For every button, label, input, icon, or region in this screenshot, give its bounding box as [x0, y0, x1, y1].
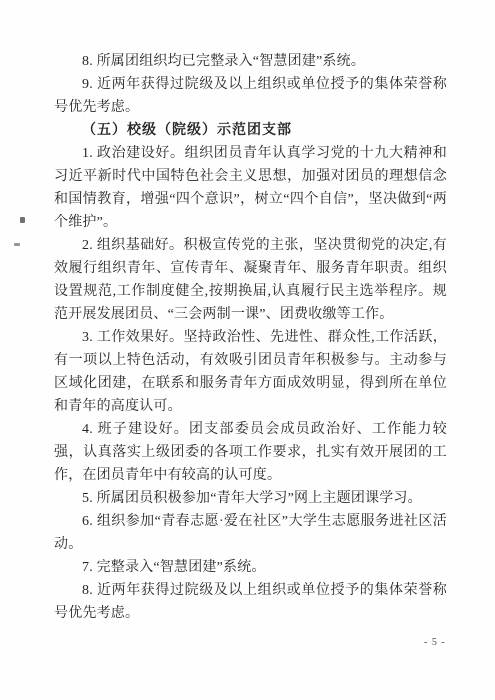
scan-artifact-speck	[14, 243, 20, 246]
document-body: 8. 所属团组织均已完整录入“智慧团建”系统。 9. 近两年获得过院级及以上组织…	[54, 50, 447, 625]
page-number: - 5 -	[424, 637, 446, 648]
list-item-8: 8. 所属团组织均已完整录入“智慧团建”系统。	[54, 50, 447, 73]
scan-artifact-speck	[20, 217, 25, 223]
criterion-5-study: 5. 所属团员积极参加“青年大学习”网上主题团课学习。	[54, 487, 447, 510]
criterion-2-organization: 2. 组织基础好。积极宣传党的主张，坚决贯彻党的决定,有效履行组织青年、宣传青年…	[54, 234, 447, 326]
criterion-1-political: 1. 政治建设好。组织团员青年认真学习党的十九大精神和习近平新时代中国特色社会主…	[54, 142, 447, 234]
criterion-6-volunteer: 6. 组织参加“青春志愿·爱在社区”大学生志愿服务进社区活动。	[54, 510, 447, 556]
criterion-7-system: 7. 完整录入“智慧团建”系统。	[54, 556, 447, 579]
list-item-9: 9. 近两年获得过院级及以上组织或单位授予的集体荣誉称号优先考虑。	[54, 73, 447, 119]
criterion-3-effect: 3. 工作效果好。坚持政治性、先进性、群众性,工作活跃，有一项以上特色活动，有效…	[54, 326, 447, 418]
document-page: 8. 所属团组织均已完整录入“智慧团建”系统。 9. 近两年获得过院级及以上组织…	[0, 0, 495, 700]
criterion-4-team: 4. 班子建设好。团支部委员会成员政治好、工作能力较强，认真落实上级团委的各项工…	[54, 418, 447, 487]
section-heading: （五）校级（院级）示范团支部	[54, 119, 447, 142]
criterion-8-honor: 8. 近两年获得过院级及以上组织或单位授予的集体荣誉称号优先考虑。	[54, 579, 447, 625]
